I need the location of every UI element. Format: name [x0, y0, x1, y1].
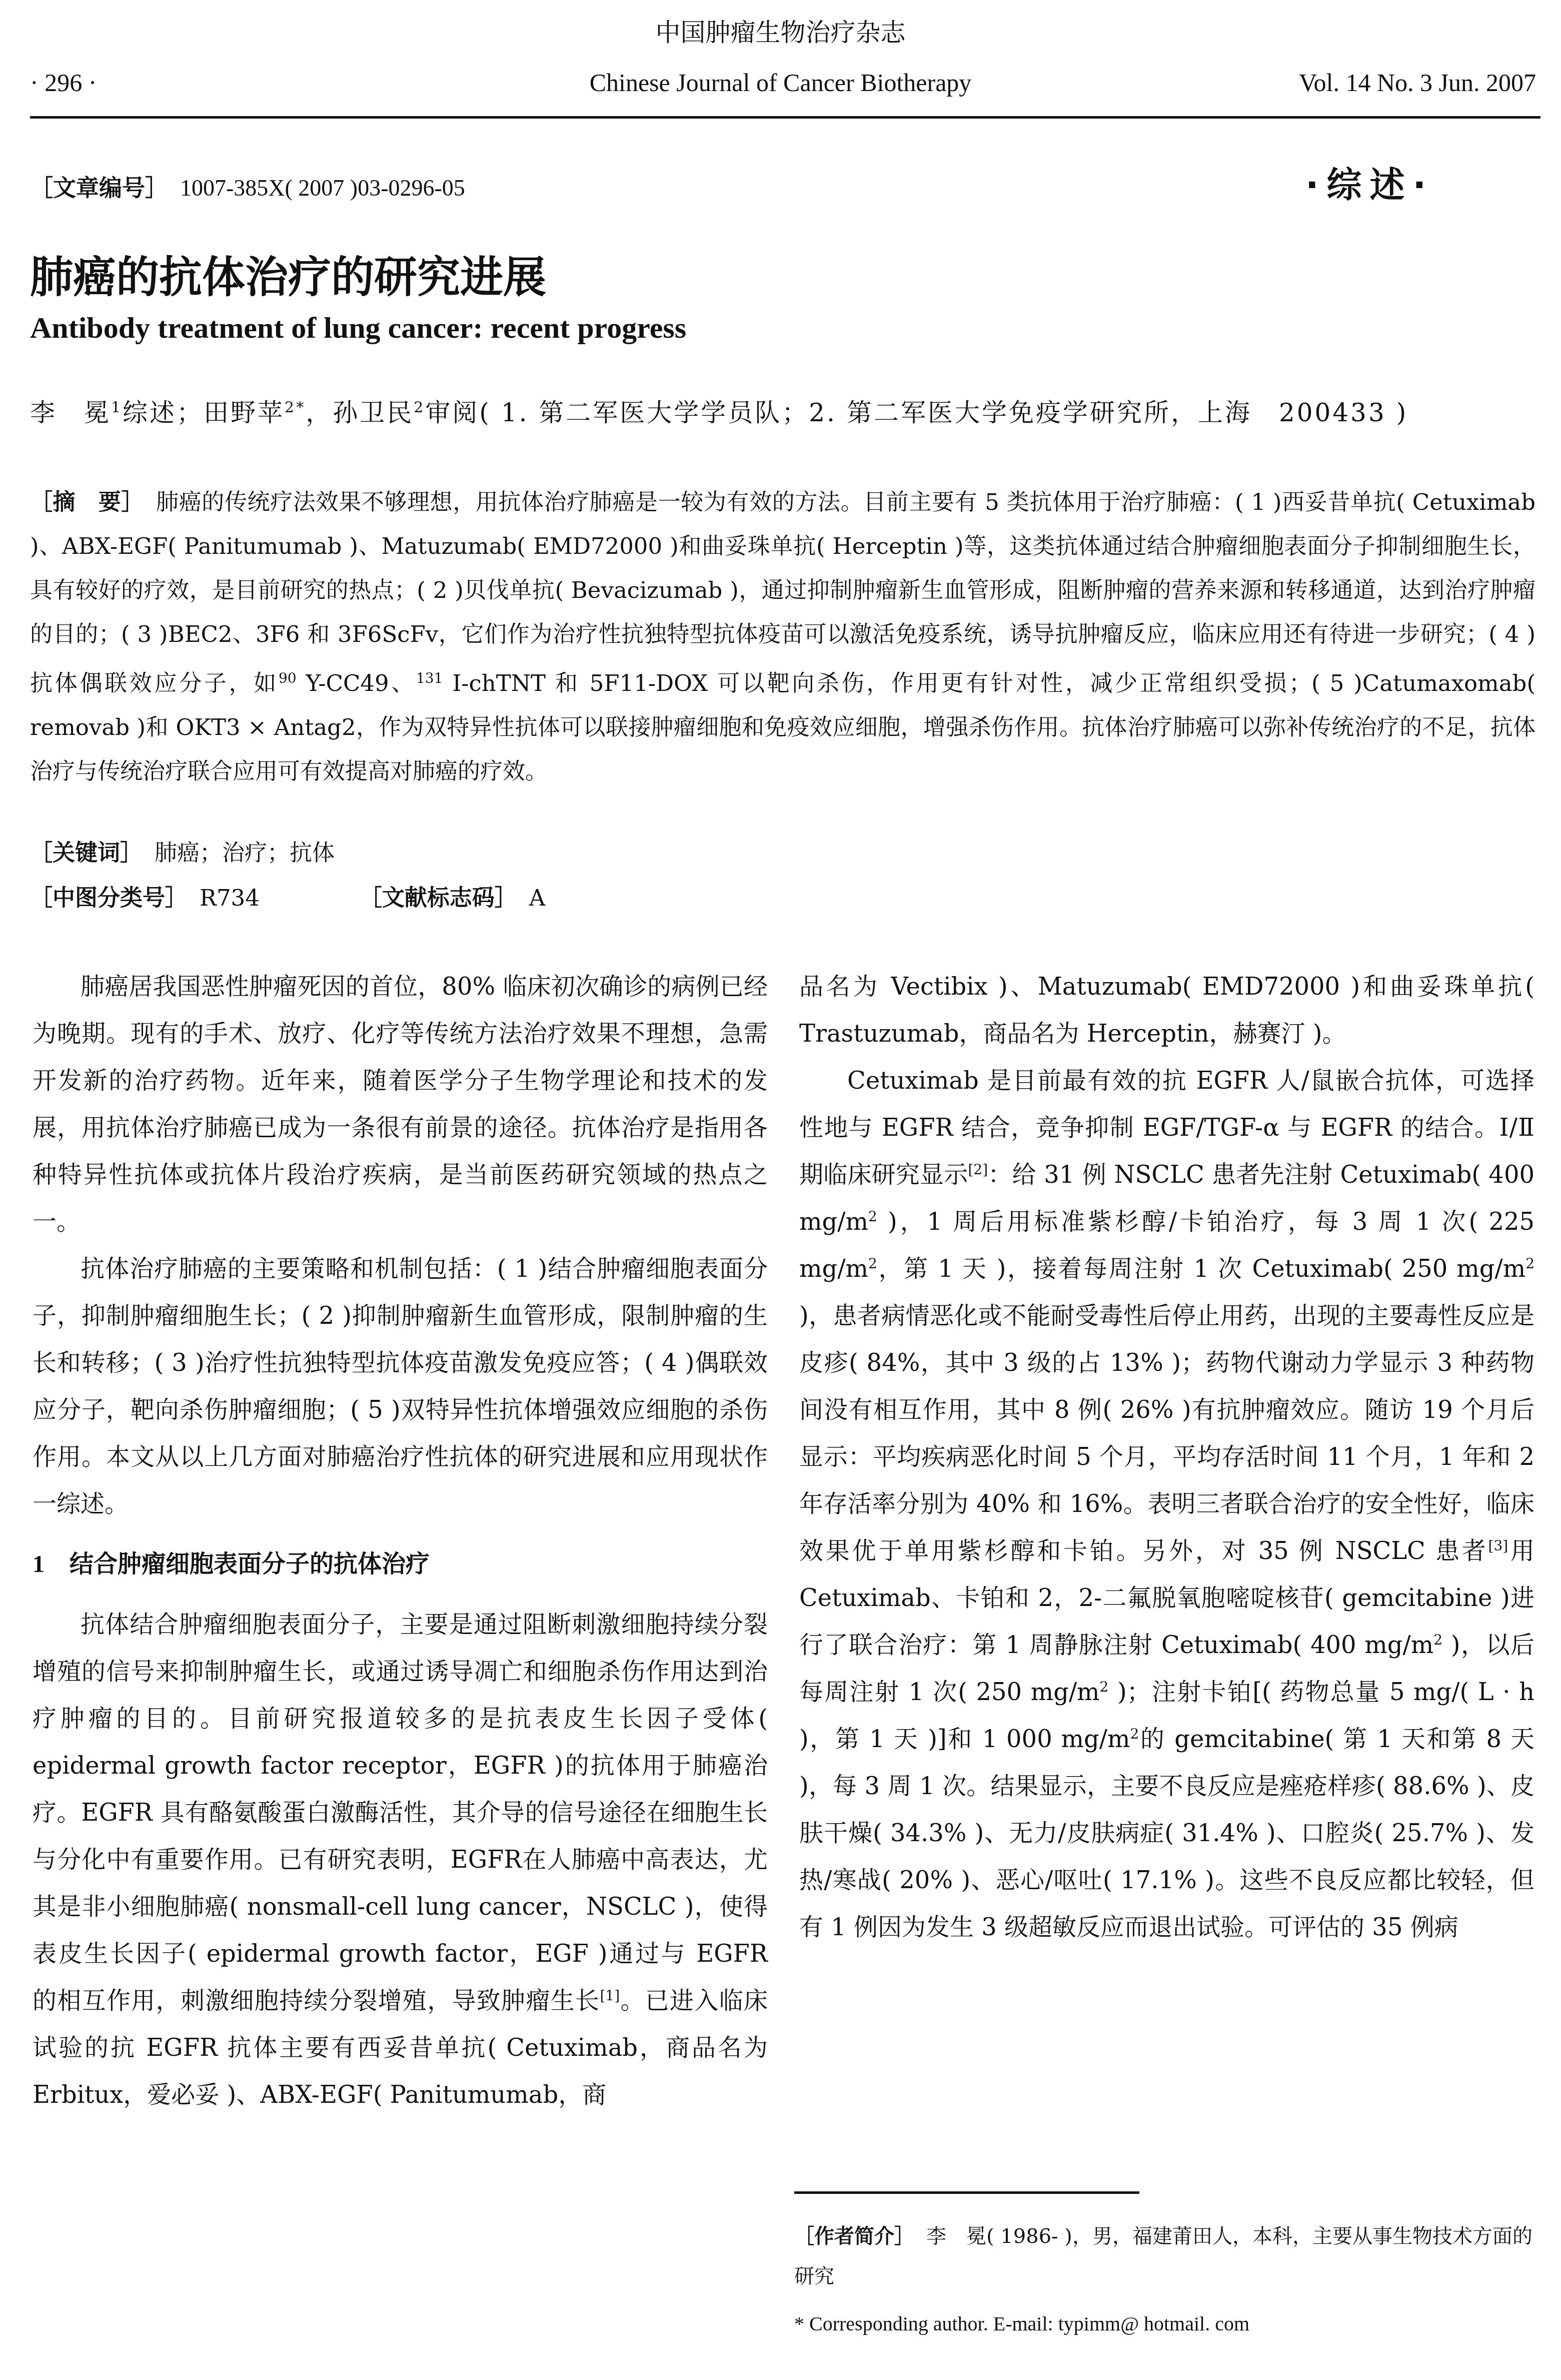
unit-exponent: 2 [868, 1208, 877, 1225]
section-heading: 1结合肿瘤细胞表面分子的抗体治疗 [33, 1540, 768, 1588]
abstract-text: 肺癌的传统疗法效果不够理想，用抗体治疗肺癌是一较为有效的方法。目前主要有 5 类… [30, 489, 1535, 696]
author-bio-label: ［作者简介］ [794, 2225, 914, 2248]
affiliation: ( 1. 第二军医大学学员队；2. 第二军医大学免疫学研究所，上海 200433… [479, 398, 1408, 427]
article-number-label: ［文章编号］ [30, 174, 168, 201]
paragraph-text: ，第 1 天 )，接着每周注射 1 次 Cetuximab( 250 mg/m [877, 1255, 1525, 1283]
paragraph: 抗体结合肿瘤细胞表面分子，主要是通过阻断刺激细胞持续分裂增殖的信号来抑制肿瘤生长… [33, 1601, 768, 2118]
volume-issue: Vol. 14 No. 3 Jun. 2007 [1299, 65, 1536, 100]
author-affil-mark: 2* [285, 399, 306, 416]
paragraph: 肺癌居我国恶性肿瘤死因的首位，80% 临床初次确诊的病例已经为晚期。现有的手术、… [33, 963, 768, 1245]
body-column-right: 品名为 Vectibix )、Matuzumab( EMD72000 )和曲妥珠… [799, 963, 1534, 1951]
unit-exponent: 2 [1130, 1726, 1139, 1742]
isotope-superscript: 90 [279, 670, 297, 686]
paragraph: Cetuximab 是目前最有效的抗 EGFR 人/鼠嵌合抗体，可选择性地与 E… [799, 1057, 1534, 1951]
unit-exponent: 2 [1433, 1632, 1442, 1648]
author-name: 田野苹 [204, 398, 285, 427]
paragraph: 抗体治疗肺癌的主要策略和机制包括：( 1 )结合肿瘤细胞表面分子，抑制肿瘤细胞生… [33, 1245, 768, 1527]
clc-label: ［中图分类号］ [30, 885, 188, 911]
abstract-label: ［摘 要］ [30, 489, 144, 515]
author-affil-mark: 1 [111, 399, 123, 416]
article-number: ［文章编号］1007-385X( 2007 )03-0296-05 [30, 173, 465, 203]
author-separator: ， [306, 398, 333, 427]
keywords-label: ［关键词］ [30, 840, 143, 866]
author-name: 孙卫民 [333, 398, 414, 427]
footnote-rule [794, 2191, 1139, 2194]
header-rule [30, 116, 1540, 119]
paragraph-text: 抗体结合肿瘤细胞表面分子，主要是通过阻断刺激细胞持续分裂增殖的信号来抑制肿瘤生长… [33, 1611, 768, 2015]
unit-exponent: 2 [1525, 1255, 1534, 1272]
section-tag: ·综述· [1305, 165, 1434, 205]
body-column-left: 肺癌居我国恶性肿瘤死因的首位，80% 临床初次确诊的病例已经为晚期。现有的手术、… [33, 963, 768, 2118]
section-number: 1 [33, 1551, 45, 1577]
doc-code-value: A [529, 885, 546, 911]
citation-ref[interactable]: [1] [600, 1987, 620, 2004]
corresponding-author: * Corresponding author. E-mail: typimm@ … [794, 2309, 1249, 2339]
clc-value: R734 [200, 885, 260, 911]
article-title-en: Antibody treatment of lung cancer: recen… [30, 308, 686, 348]
paragraph-text: 的 gemcitabine( 第 1 天和第 8 天 )，每 3 周 1 次。结… [799, 1725, 1534, 1941]
paragraph-text: )，患者病情恶化或不能耐受毒性后停止用药，出现的主要毒性反应是皮疹( 84%，其… [799, 1302, 1534, 1565]
article-number-value: 1007-385X( 2007 )03-0296-05 [180, 175, 465, 201]
abstract-text: Y-CC49、 [297, 670, 416, 696]
doc-code-label: ［文献标志码］ [360, 885, 517, 911]
journal-title-cn: 中国肿瘤生物治疗杂志 [0, 15, 1561, 50]
citation-ref[interactable]: [3] [1488, 1537, 1508, 1554]
article-title-cn: 肺癌的抗体治疗的研究进展 [30, 250, 546, 305]
author-affil-mark: 2 [414, 399, 425, 416]
section-title: 结合肿瘤细胞表面分子的抗体治疗 [70, 1550, 430, 1578]
author-line: 李 冕1综述；田野苹2*，孙卫民2审阅( 1. 第二军医大学学员队；2. 第二军… [30, 390, 1408, 430]
unit-exponent: 2 [1100, 1679, 1109, 1695]
citation-ref[interactable]: [2] [968, 1161, 988, 1178]
paragraph: 品名为 Vectibix )、Matuzumab( EMD72000 )和曲妥珠… [799, 963, 1534, 1057]
keywords: ［关键词］肺癌；治疗；抗体 [30, 836, 335, 871]
author-name: 李 冕 [30, 398, 111, 427]
abstract: ［摘 要］肺癌的传统疗法效果不够理想，用抗体治疗肺癌是一较为有效的方法。目前主要… [30, 480, 1535, 794]
author-role: 综述； [123, 398, 204, 427]
author-role: 审阅 [425, 398, 479, 427]
author-bio: ［作者简介］李 冕( 1986- )，男，福建莆田人，本科，主要从事生物技术方面… [794, 2216, 1539, 2296]
isotope-superscript: 131 [416, 670, 443, 686]
keywords-value: 肺癌；治疗；抗体 [155, 840, 335, 866]
unit-exponent: 2 [868, 1255, 877, 1272]
classification: ［中图分类号］R734［文献标志码］A [30, 881, 545, 916]
